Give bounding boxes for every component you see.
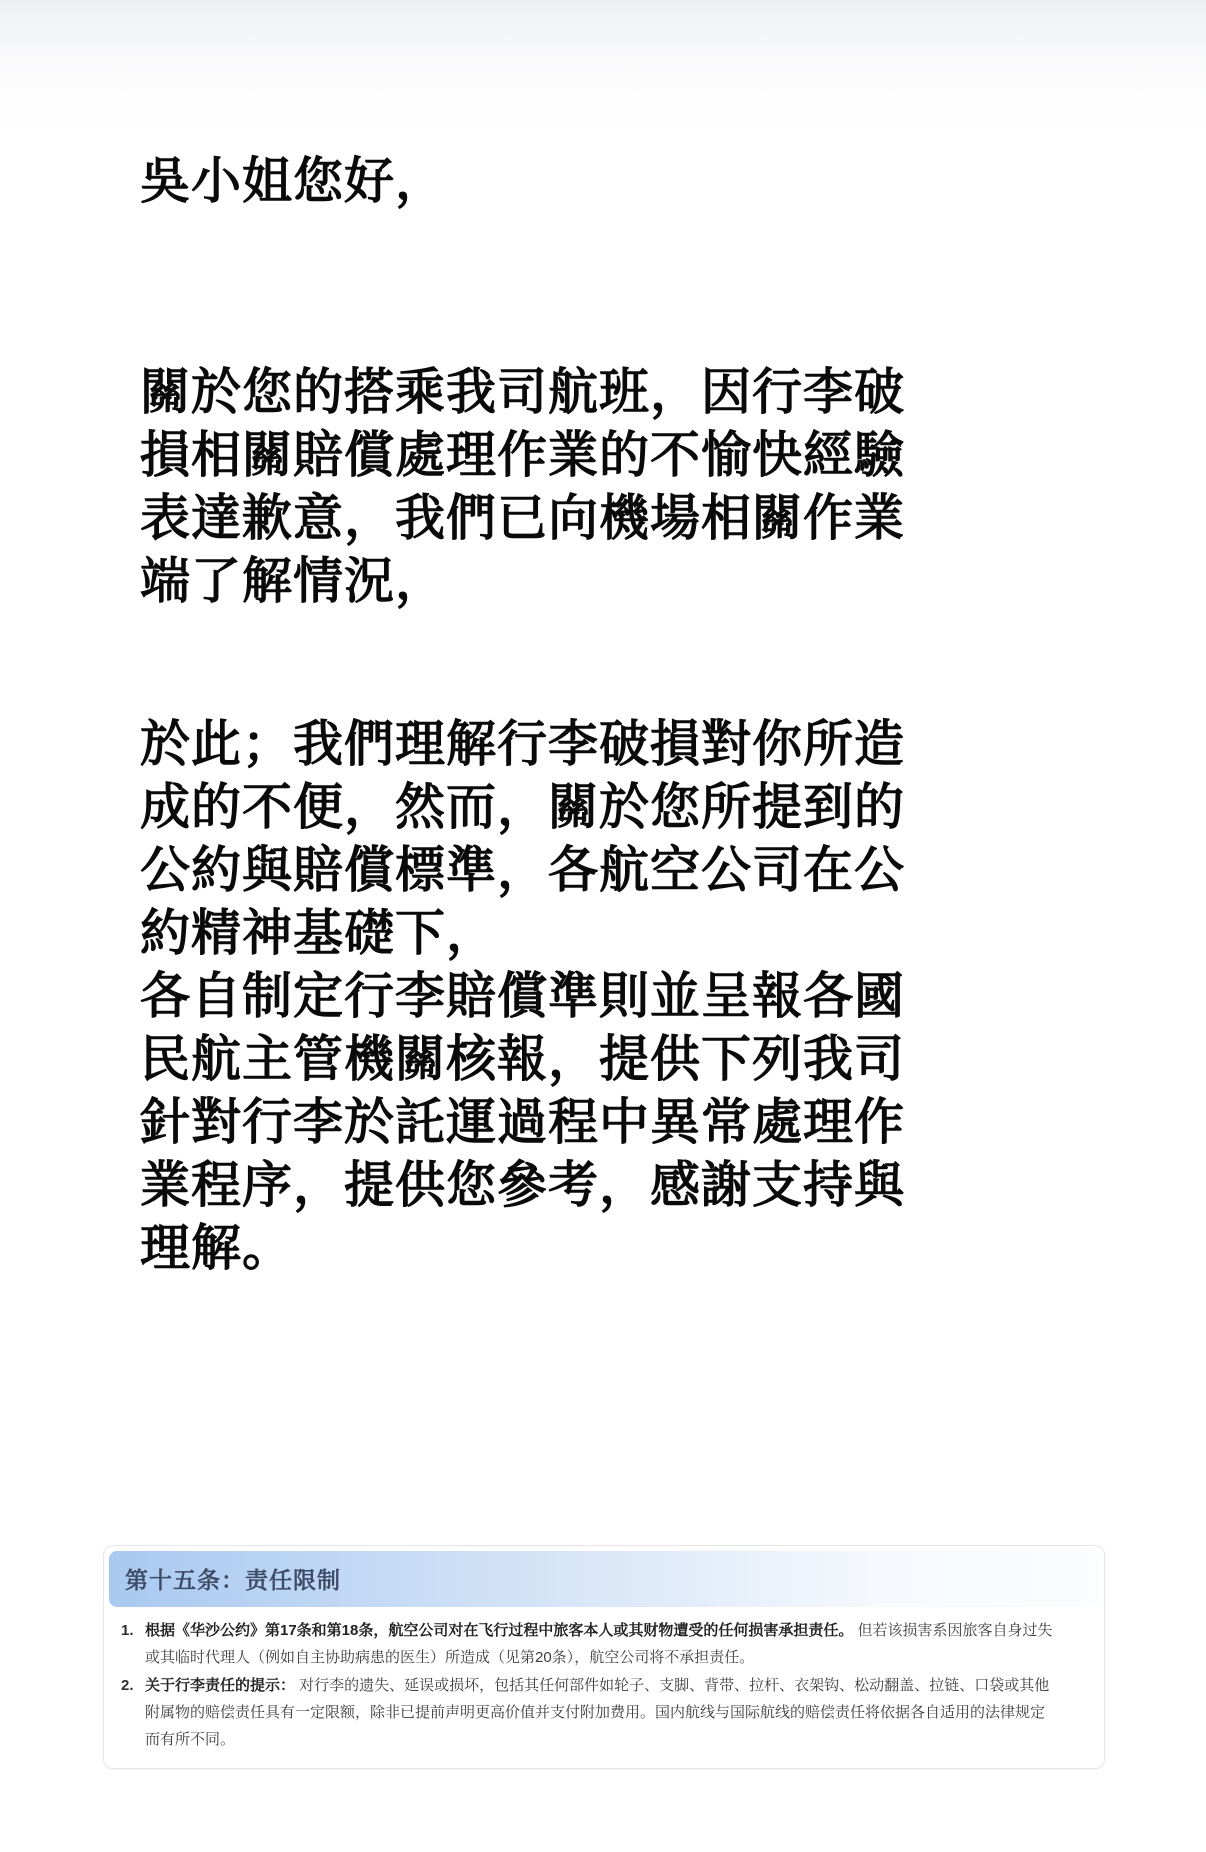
clause-bold-text: 关于行李责任的提示：: [145, 1677, 295, 1694]
article-card-header: 第十五条：责任限制: [109, 1551, 1099, 1607]
clause-number: 1.: [121, 1617, 134, 1644]
clause-number: 2.: [121, 1672, 134, 1699]
article-clause-item: 1.根据《华沙公约》第17条和第18条，航空公司对在飞行过程中旅客本人或其财物遭…: [121, 1617, 1059, 1671]
article-clause-list: 1.根据《华沙公约》第17条和第18条，航空公司对在飞行过程中旅客本人或其财物遭…: [109, 1617, 1099, 1753]
letter-paragraph-1: 關於您的搭乘我司航班，因行李破 損相關賠償處理作業的不愉快經驗 表達歉意，我們已…: [140, 361, 1100, 613]
page: { "letter": { "greeting": "吳小姐您好，", "par…: [0, 0, 1206, 1852]
letter-greeting: 吳小姐您好，: [140, 150, 1100, 213]
liability-article-card: 第十五条：责任限制 1.根据《华沙公约》第17条和第18条，航空公司对在飞行过程…: [103, 1545, 1105, 1769]
article-clause-item: 2.关于行李责任的提示： 对行李的遗失、延误或损坏，包括其任何部件如轮子、支脚、…: [121, 1672, 1059, 1753]
top-fade-decoration: [0, 0, 1206, 130]
clause-bold-text: 根据《华沙公约》第17条和第18条，航空公司对在飞行过程中旅客本人或其财物遭受的…: [145, 1622, 853, 1639]
letter-body: 吳小姐您好， 關於您的搭乘我司航班，因行李破 損相關賠償處理作業的不愉快經驗 表…: [140, 150, 1100, 1280]
letter-paragraph-2: 於此；我們理解行李破損對你所造 成的不便，然而，關於您所提到的 公約與賠償標準，…: [140, 713, 1100, 1280]
